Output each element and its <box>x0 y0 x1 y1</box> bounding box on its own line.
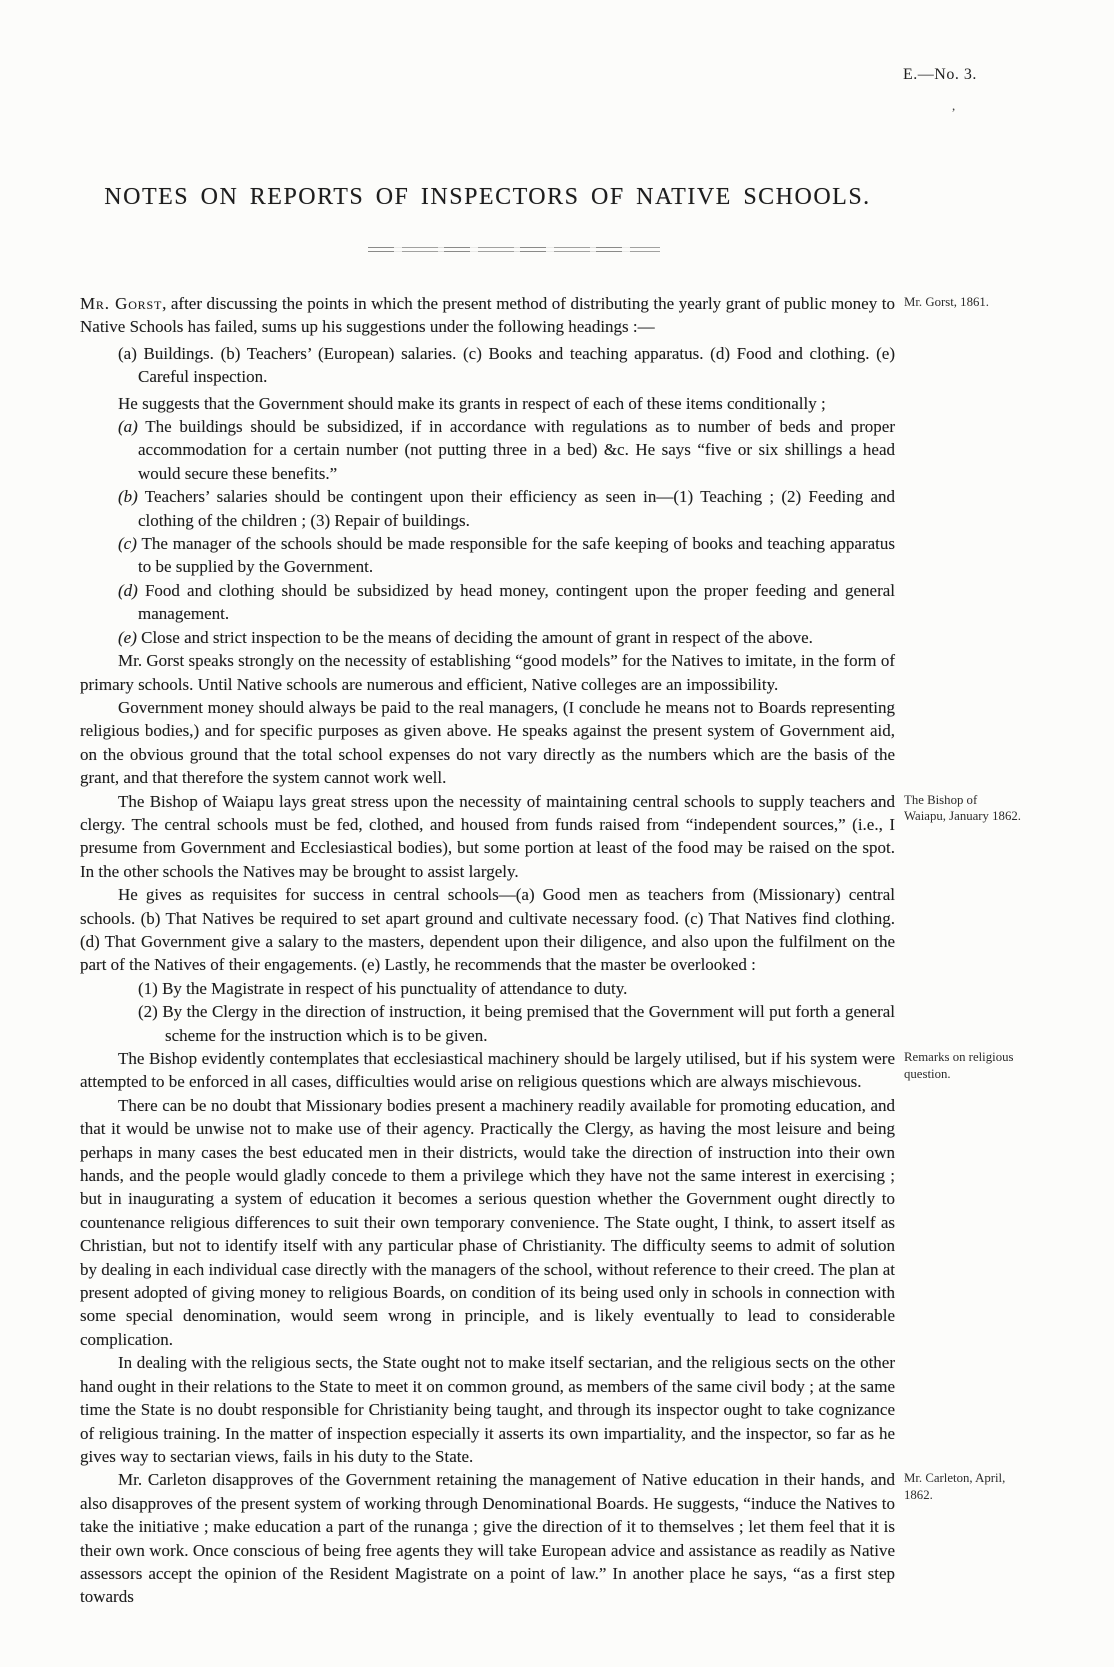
margin-note-remarks: Remarks on religious question. <box>904 1049 1022 1082</box>
list-item-text: By the Magistrate in respect of his punc… <box>162 979 627 998</box>
margin-note-carleton: Mr. Carleton, April, 1862. <box>904 1470 1022 1503</box>
list-item-c: (c) The manager of the schools should be… <box>80 532 895 579</box>
list-item-label: (2) <box>138 1002 158 1021</box>
paragraph-government-money: Government money should always be paid t… <box>80 696 895 790</box>
margin-note-bishop: The Bishop of Waiapu, January 1862. <box>904 792 1022 825</box>
paragraph-text: The Bishop evidently contemplates that e… <box>80 1049 895 1091</box>
paragraph-requisites: He gives as requisites for success in ce… <box>80 883 895 977</box>
speaker-name-gorst: Mr. Gorst <box>80 294 162 313</box>
paragraph-text: Mr. Carleton disapproves of the Governme… <box>80 1470 895 1606</box>
list-item-label: (b) <box>118 487 138 506</box>
list-item-label: (1) <box>138 979 158 998</box>
paragraph-text: Government money should always be paid t… <box>80 698 895 787</box>
document-title: NOTES ON REPORTS OF INSPECTORS OF NATIVE… <box>80 184 895 211</box>
paragraph-he-suggests: He suggests that the Government should m… <box>80 392 895 415</box>
list-item-label: (e) <box>118 628 137 647</box>
document-page: E.—No. 3. , NOTES ON REPORTS OF INSPECTO… <box>0 0 1114 1667</box>
paragraph-text: The Bishop of Waiapu lays great stress u… <box>80 792 895 881</box>
margin-note-gorst: Mr. Gorst, 1861. <box>904 294 1022 311</box>
paragraph-text: In dealing with the religious sects, the… <box>80 1353 895 1466</box>
numbered-item-2: (2) By the Clergy in the direction of in… <box>80 1000 895 1047</box>
list-item-d: (d) Food and clothing should be subsidiz… <box>80 579 895 626</box>
numbered-item-1: (1) By the Magistrate in respect of his … <box>80 977 895 1000</box>
paragraph-religious-sects: In dealing with the religious sects, the… <box>80 1351 895 1468</box>
paragraph-bishop-contemplates: The Bishop evidently contemplates that e… <box>80 1047 895 1094</box>
list-item-text: By the Clergy in the direction of instru… <box>162 1002 895 1044</box>
list-item-text: The buildings should be subsidized, if i… <box>138 417 895 483</box>
headings-list: (a) Buildings. (b) Teachers’ (European) … <box>80 342 895 389</box>
list-item-label: (d) <box>118 581 138 600</box>
list-item-label: (a) <box>118 417 138 436</box>
list-item-label: (c) <box>118 534 137 553</box>
paragraph-missionary-bodies: There can be no doubt that Missionary bo… <box>80 1094 895 1351</box>
paragraph-text: (a) Buildings. (b) Teachers’ (European) … <box>118 344 895 386</box>
paragraph-bishop-waiapu: The Bishop of Waiapu lays great stress u… <box>80 790 895 884</box>
list-item-text: Food and clothing should be subsidized b… <box>138 581 895 623</box>
paragraph-text: Mr. Gorst speaks strongly on the necessi… <box>80 651 895 693</box>
print-artifact: , <box>952 98 955 114</box>
list-item-text: The manager of the schools should be mad… <box>138 534 895 576</box>
list-item-text: Teachers’ salaries should be contingent … <box>138 487 895 529</box>
paragraph-good-models: Mr. Gorst speaks strongly on the necessi… <box>80 649 895 696</box>
paragraph-gorst-intro: Mr. Gorst, after discussing the points i… <box>80 292 895 339</box>
document-body: Mr. Gorst, after discussing the points i… <box>80 292 895 1609</box>
title-rule <box>368 247 660 253</box>
list-item-e: (e) Close and strict inspection to be th… <box>80 626 895 649</box>
paragraph-text: He gives as requisites for success in ce… <box>80 885 895 974</box>
paragraph-text: , after discussing the points in which t… <box>80 294 895 336</box>
list-item-a: (a) The buildings should be subsidized, … <box>80 415 895 485</box>
list-item-text: Close and strict inspection to be the me… <box>141 628 813 647</box>
paragraph-carleton: Mr. Carleton disapproves of the Governme… <box>80 1468 895 1608</box>
page-header-docref: E.—No. 3. <box>903 66 1023 84</box>
paragraph-text: He suggests that the Government should m… <box>118 394 826 413</box>
list-item-b: (b) Teachers’ salaries should be conting… <box>80 485 895 532</box>
paragraph-text: There can be no doubt that Missionary bo… <box>80 1096 895 1349</box>
